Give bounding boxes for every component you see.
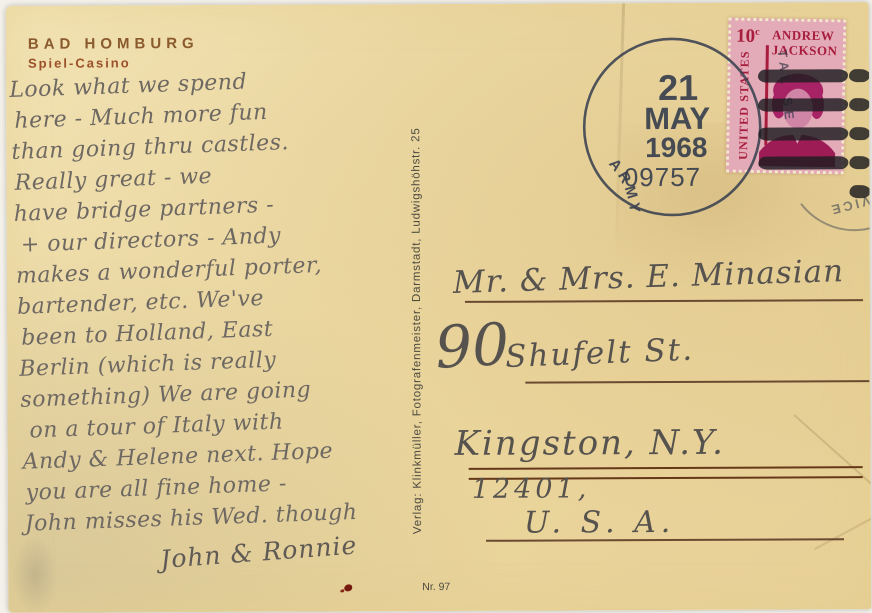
cancellation-bar [758, 156, 848, 169]
address-line-rule [465, 299, 863, 303]
diagonal-crease [794, 414, 872, 502]
cancellation-bar [758, 69, 848, 82]
postmark: ARMY & AIR FORCE POSTAL SERVICE 21 MAY 1… [577, 32, 768, 223]
postcard-back: BAD HOMBURG Spiel-Casino Look what we sp… [6, 2, 872, 613]
cancellation-bar-segment [849, 127, 870, 140]
address-line-rule [525, 380, 869, 384]
handwritten-message: Look what we spend here - Much more fun … [9, 59, 475, 540]
pencil-smudge [12, 536, 58, 613]
publisher-credit: Verlag: Klinkmüller, Fotografenmeister, … [410, 68, 428, 534]
signature: John & Ronnie [159, 531, 358, 575]
cancellation-bar [758, 98, 848, 111]
address-street: Shufelt St. [505, 332, 695, 375]
cancellation-bar-segment [849, 69, 870, 82]
address-city: Kingston, N.Y. [455, 423, 725, 464]
postmark-apo-code: 09757 [624, 162, 701, 192]
postmark-year: 1968 [645, 132, 707, 163]
cancellation-bar-segment [849, 156, 870, 169]
card-number: Nr. 97 [422, 581, 450, 593]
address-recipient: Mr. & Mrs. E. Minasian [452, 253, 844, 301]
diagonal-crease [814, 496, 871, 550]
card-title: BAD HOMBURG [28, 35, 199, 53]
printed-caption: BAD HOMBURG Spiel-Casino [28, 35, 199, 71]
address-country: U. S. A. [524, 505, 676, 541]
cancellation-bar-segment [849, 98, 870, 111]
cancellation-bar-segment [849, 185, 870, 198]
address-house-number: 90 [433, 310, 511, 382]
ink-speck [344, 584, 352, 591]
postmark-month: MAY [644, 101, 711, 136]
cancellation-bar [758, 127, 848, 140]
address-zip: 12401, [472, 473, 591, 505]
